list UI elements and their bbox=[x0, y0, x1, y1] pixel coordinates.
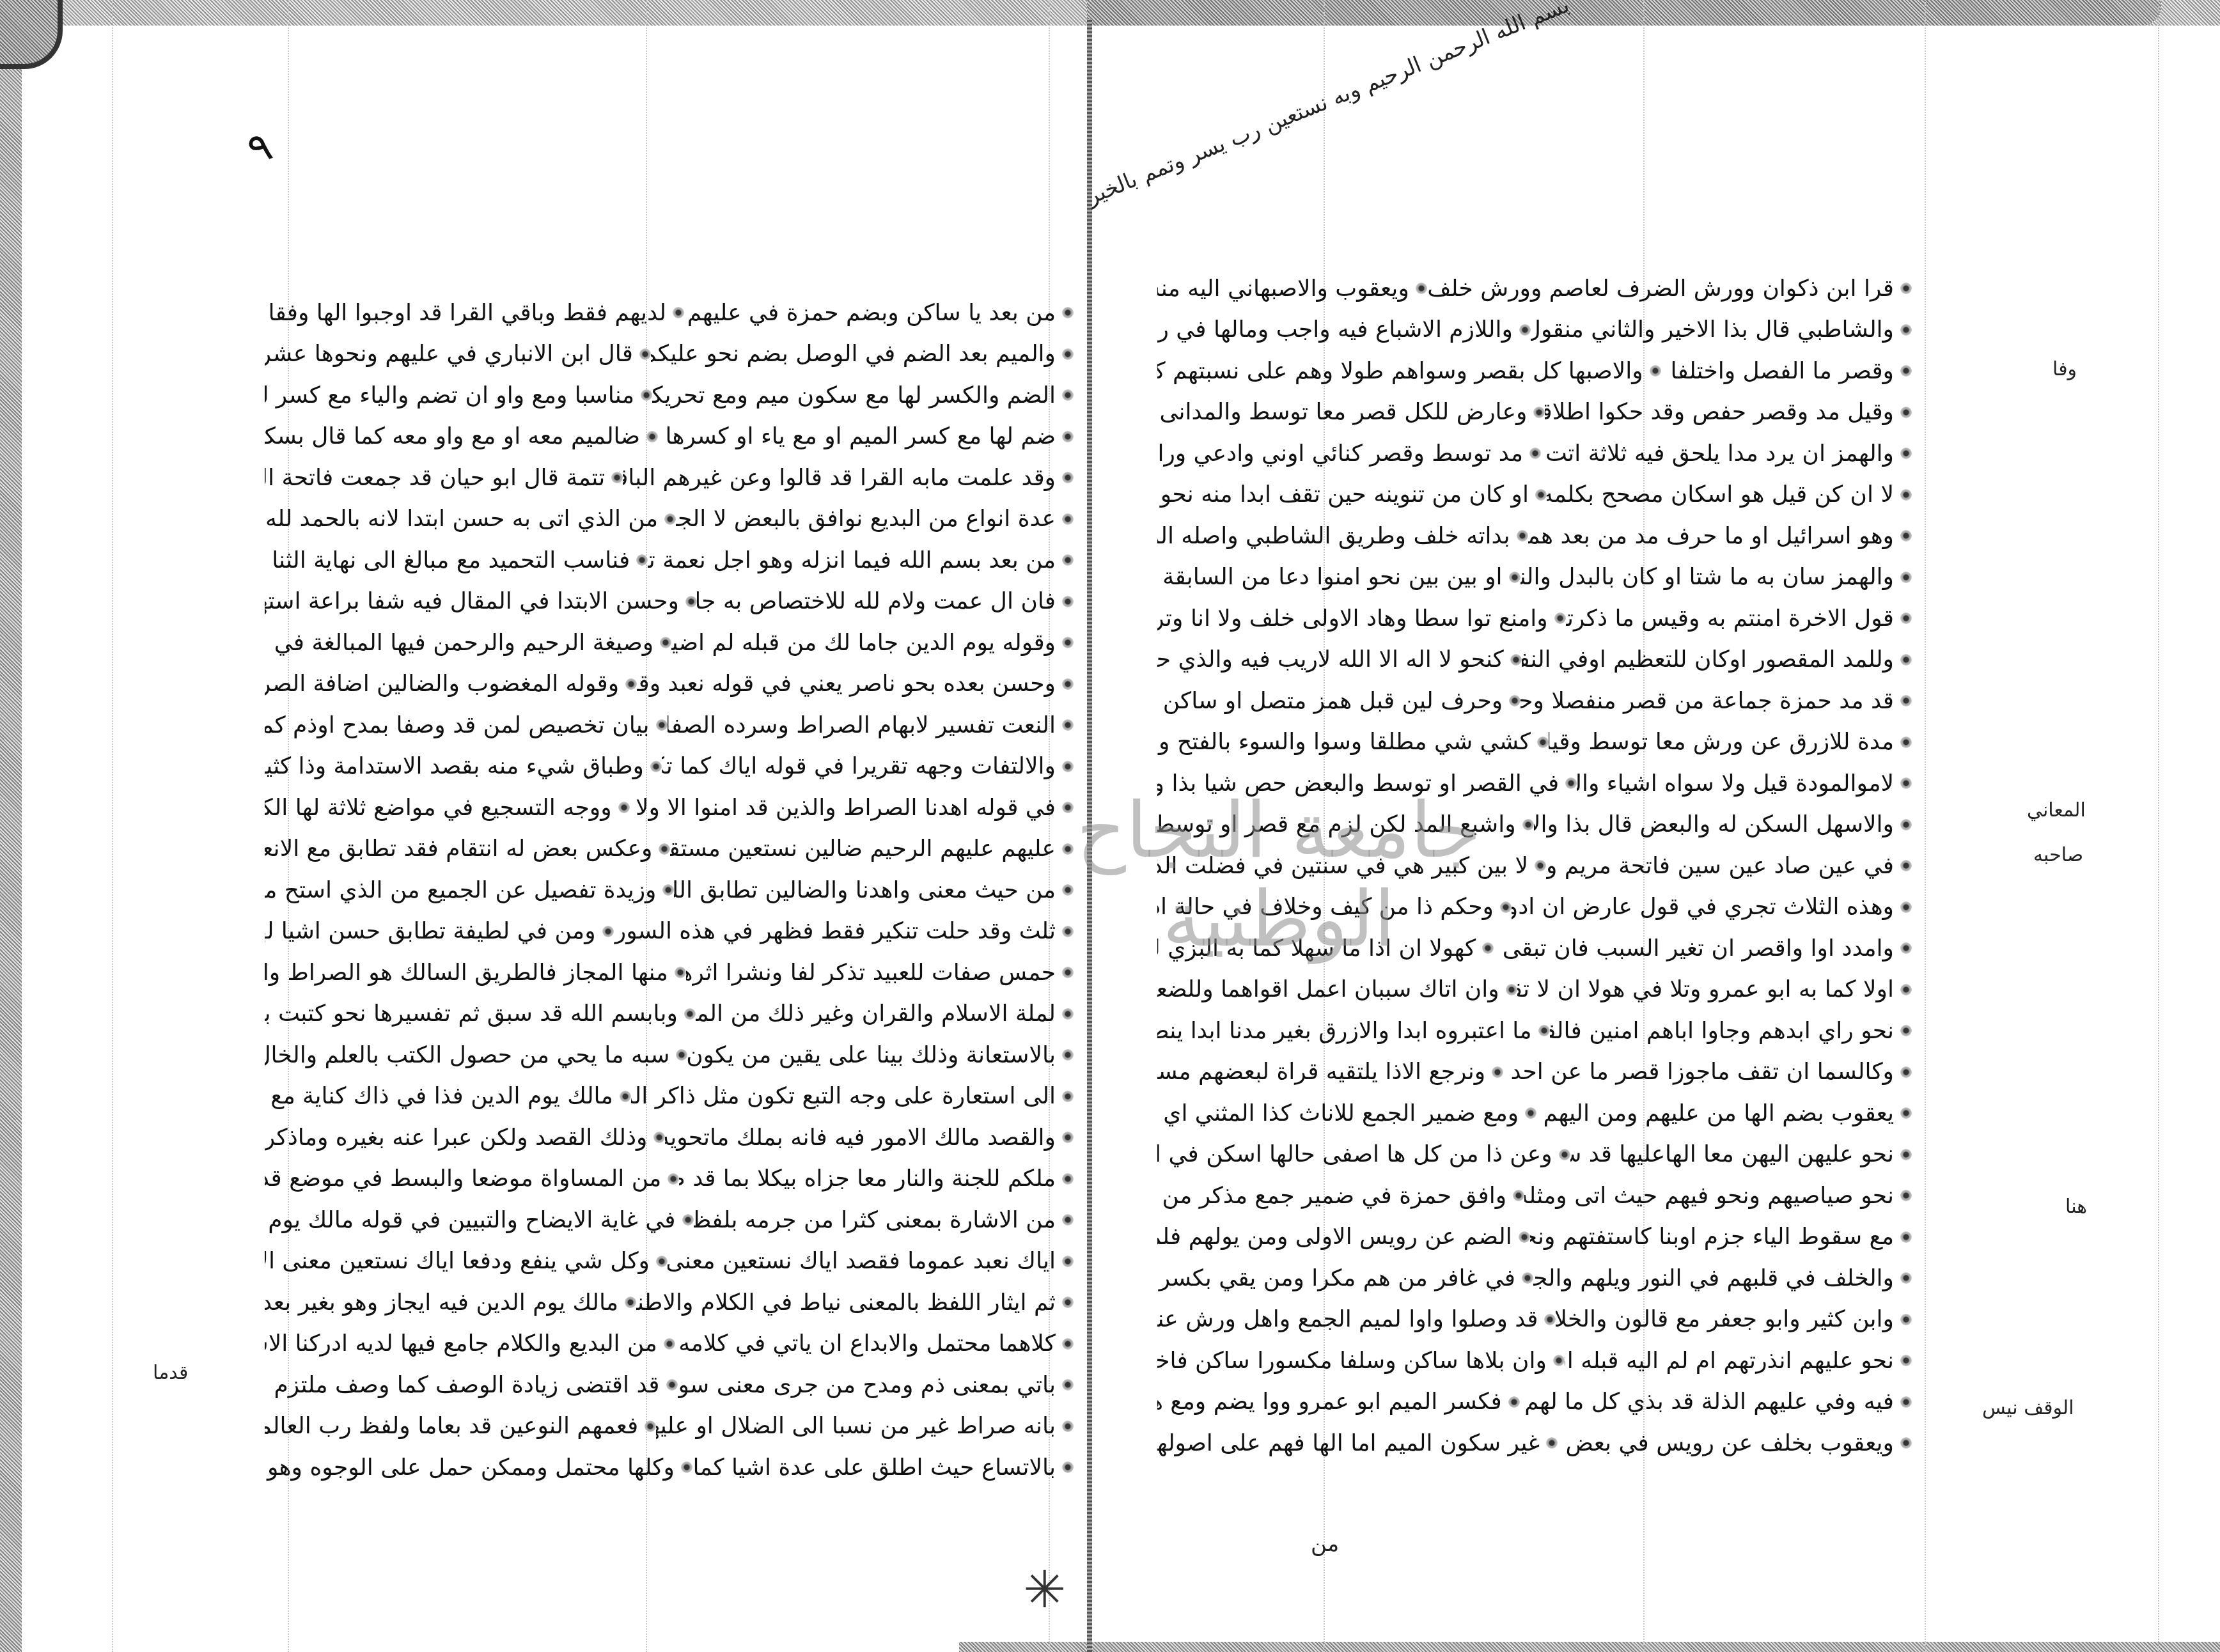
verse-first-hemistich: يعقوب بضم الها من عليهم ومن اليهم وكذا ل… bbox=[1536, 1100, 1912, 1126]
verse-first-hemistich: وقد علمت مابه القرا قد قالوا وعن غيرهم ا… bbox=[623, 465, 1074, 491]
verse-separator-icon bbox=[1416, 283, 1427, 294]
verse-separator-icon bbox=[676, 1049, 687, 1061]
verse-separator-icon bbox=[1519, 324, 1531, 336]
verse-line: والقصد مالك الامور فيه فانه بملك ماتحويه… bbox=[265, 1118, 1074, 1157]
verse-line: مع سقوط الياء جزم اوبنا كاستفتهم ونحوهم … bbox=[1157, 1217, 1912, 1257]
verse-line: يعقوب بضم الها من عليهم ومن اليهم وكذا ل… bbox=[1157, 1093, 1912, 1133]
verse-first-hemistich: والهمز ان يرد مدا يلحق فيه ثلاثة اتت للا… bbox=[1541, 440, 1912, 467]
verse-first-hemistich: الضم والكسر لها مع سكون ميم ومع تحريكها … bbox=[652, 382, 1074, 409]
verse-first-hemistich: ثلث وقد حلت تنكير فقط فظهر في هذه السورة… bbox=[614, 918, 1074, 944]
verse-second-hemistich: وعارض للكل قصر معا توسط والمدانى وقفا bbox=[1157, 399, 1545, 425]
verse-separator-icon bbox=[656, 1256, 668, 1267]
verse-separator-icon bbox=[1062, 1214, 1074, 1226]
verse-separator-icon bbox=[618, 802, 630, 813]
verse-separator-icon bbox=[681, 1461, 692, 1473]
verse-second-hemistich: ونرجع الاذا يلتقيه قراة لبعضهم مسرديه bbox=[1157, 1059, 1503, 1085]
verse-line: من الاشارة بمعنى كثرا من جرمه بلفظ نزراف… bbox=[265, 1200, 1074, 1240]
verse-second-hemistich: لديهم فقط وباقي القرا قد اوجبوا الها وفق… bbox=[265, 300, 684, 326]
verse-line: عدة انواع من البديع نوافق بالبعض لا الجم… bbox=[265, 499, 1074, 539]
verse-separator-icon bbox=[1062, 761, 1074, 772]
verse-second-hemistich: وكل شي ينفع ودفعا اياك نستعين معنى الاكت… bbox=[265, 1248, 668, 1274]
verse-separator-icon bbox=[1900, 1107, 1912, 1119]
verse-first-hemistich: باتي بمعنى ذم ومدح من جرى معنى سواه يتبع… bbox=[678, 1372, 1074, 1398]
verse-separator-icon bbox=[1492, 1066, 1503, 1078]
verse-line: في قوله اهدنا الصراط والذين قد امنوا الا… bbox=[265, 788, 1074, 827]
verse-separator-icon bbox=[1062, 1256, 1074, 1267]
verse-separator-icon bbox=[1509, 695, 1520, 706]
verse-separator-icon bbox=[1062, 926, 1074, 937]
verse-separator-icon bbox=[1900, 1314, 1912, 1325]
verse-separator-icon bbox=[1513, 1190, 1524, 1201]
verse-second-hemistich: وذلك القصد ولكن عبرا عنه بغيره وماذكرا bbox=[265, 1125, 665, 1151]
verse-line: نحو عليهن اليهن معا الهاعليها قد سمعاوعن… bbox=[1157, 1135, 1912, 1174]
verse-line: من بعد يا ساكن وبضم حمزة في عليهم اليهمل… bbox=[265, 293, 1074, 332]
verse-second-hemistich: وبابسم الله قد سبق ثم تفسيرها نحو كتبت ب… bbox=[265, 1001, 696, 1027]
verse-separator-icon bbox=[1062, 884, 1074, 896]
verse-first-hemistich: ثم ايثار اللفظ بالمعنى نياط في الكلام وا… bbox=[636, 1290, 1074, 1316]
verse-separator-icon bbox=[1900, 530, 1912, 542]
verse-separator-icon bbox=[684, 1008, 696, 1020]
verse-line: بالاستعانة وذلك بينا على يقين من يكون مو… bbox=[265, 1035, 1074, 1075]
verse-separator-icon bbox=[1900, 489, 1912, 501]
verse-line: في عين صاد عين سين فاتحة مريم والشورى وا… bbox=[1157, 846, 1912, 885]
verse-second-hemistich: فعمهم النوعين قد بعاما ولفظ رب العالمين … bbox=[265, 1413, 656, 1439]
verse-line: والاسهل السكن له والبعض قال بذا والاختلا… bbox=[1157, 805, 1912, 845]
verse-line: لاموالمودة قيل ولا سواه اشياء والحالوة ن… bbox=[1157, 763, 1912, 803]
verse-second-hemistich: بيان تخصيص لمن قد وصفا بمدح اوذم كما قد … bbox=[265, 712, 668, 738]
verse-first-hemistich: وقصر ما الفصل واختلفا عن bbox=[1661, 358, 1912, 384]
verse-separator-icon bbox=[1900, 860, 1912, 871]
page-right-edge bbox=[2158, 0, 2161, 1652]
verse-second-hemistich: ووجه التسجيع في مواضع ثلاثة لها الكلام ج… bbox=[265, 795, 630, 821]
verse-first-hemistich: والخلف في قلبهم في النور ويلهم والجو وال… bbox=[1533, 1265, 1912, 1291]
verse-separator-icon bbox=[1900, 365, 1912, 377]
verse-second-hemistich: وان اتاك سببان اعمل اقواهما وللضعيف اهمل bbox=[1157, 976, 1517, 1002]
verse-line: ضم لها مع كسر الميم او مع ياء او كسرها ق… bbox=[265, 417, 1074, 456]
verse-separator-icon bbox=[1565, 777, 1577, 789]
verse-second-hemistich: وحرف لين قبل همز متصل او ساكن وقيل فتح ن… bbox=[1157, 688, 1520, 714]
verse-line: ملكم للجنة والنار معا جزاه بيكلا بما قد … bbox=[265, 1159, 1074, 1199]
verse-first-hemistich: والقصد مالك الامور فيه فانه بملك ماتحويه bbox=[665, 1125, 1074, 1151]
verse-line: نحو راي ابدهم وجاوا اباهم امنين فالقراما… bbox=[1157, 1011, 1912, 1050]
verse-separator-icon bbox=[625, 1297, 636, 1308]
verse-line: حمس صفات للعبيد تذكر لفا ونشرا اثرها ما … bbox=[265, 953, 1074, 992]
verse-second-hemistich: وكلها محتمل وممكن حمل على الوجوه وهو الا… bbox=[265, 1454, 692, 1481]
verse-first-hemistich: نحو عليهن اليهن معا الهاعليها قد سمعا bbox=[1570, 1141, 1912, 1167]
verse-second-hemistich: ضالميم معه او مع واو معه كما قال بسكل را… bbox=[265, 423, 658, 449]
verse-second-hemistich: في غاية الايضاح والتبيين في قوله مالك يو… bbox=[265, 1207, 694, 1233]
verse-separator-icon bbox=[668, 1173, 679, 1185]
verse-second-hemistich: في غافر من هم مكرا ومن يقي بكسر ها قد قر… bbox=[1157, 1265, 1533, 1291]
verse-first-hemistich: والشاطبي قال بذا الاخير والثاني منقول عن… bbox=[1531, 316, 1912, 343]
verse-first-hemistich: في عين صاد عين سين فاتحة مريم والشورى وا… bbox=[1546, 853, 1912, 879]
verse-first-hemistich: مدة للازرق عن ورش معا توسط وقيل اشبعا bbox=[1549, 729, 1912, 755]
verse-separator-icon bbox=[1900, 819, 1912, 830]
verse-line: والخلف في قلبهم في النور ويلهم والجو وال… bbox=[1157, 1258, 1912, 1298]
verse-second-hemistich: واشبع المد لكن لزم مع قصر او توسط لكلهم bbox=[1157, 811, 1534, 838]
verse-separator-icon bbox=[1062, 719, 1074, 731]
verse-second-hemistich: غير سكون الميم اما الها فهم على اصولهم ف… bbox=[1157, 1430, 1558, 1456]
verse-separator-icon bbox=[664, 1338, 675, 1350]
verse-first-hemistich: من بعد بسم الله فيما انزله وهو اجل نعمة … bbox=[648, 547, 1074, 573]
verse-separator-icon bbox=[1519, 1231, 1530, 1243]
verse-separator-icon bbox=[1510, 654, 1522, 666]
verse-first-hemistich: عدة انواع من البديع نوافق بالبعض لا الجم… bbox=[676, 506, 1074, 532]
verse-second-hemistich: واللازم الاشباع فيه واجب ومالها في راجح … bbox=[1157, 316, 1531, 343]
verse-separator-icon bbox=[1500, 901, 1512, 913]
verse-first-hemistich: قول الاخرة امنتم به وقيس ما ذكرته شبه bbox=[1566, 605, 1912, 632]
catchword: من bbox=[1311, 1531, 1339, 1557]
verse-first-hemistich: والميم بعد الضم في الوصل بضم نحو عليكم ا… bbox=[651, 341, 1074, 367]
verse-first-hemistich: وقيل مد وقصر حفص وقد حكوا اطلاقا لوا bbox=[1545, 399, 1912, 425]
verse-first-hemistich: اياك نعبد عموما فقصد اياك نستعين معنى نف… bbox=[668, 1248, 1074, 1274]
verse-line: ويعقوب بخلف عن رويس في بعض الالفاظ وعنده… bbox=[1157, 1423, 1912, 1463]
verse-separator-icon bbox=[1062, 1049, 1074, 1061]
verse-first-hemistich: نحو عليهم انذرتهم ام لم اليه قبله انهم bbox=[1565, 1348, 1912, 1374]
verse-separator-icon bbox=[645, 1421, 656, 1432]
verse-separator-icon bbox=[639, 348, 651, 360]
verse-first-hemistich: من الاشارة بمعنى كثرا من جرمه بلفظ نزرا bbox=[694, 1207, 1074, 1233]
verse-separator-icon bbox=[1900, 283, 1912, 294]
verse-separator-icon bbox=[1535, 489, 1547, 501]
verse-separator-icon bbox=[1900, 1355, 1912, 1366]
verse-separator-icon bbox=[666, 1379, 678, 1391]
verse-separator-icon bbox=[1546, 1437, 1558, 1449]
verse-second-hemistich: وزيدة تفصيل عن الجميع من الذي استح من عل… bbox=[265, 877, 674, 903]
verse-line: وكالسما ان تقف ماجوزا قصر ما عن احد تقعر… bbox=[1157, 1052, 1912, 1092]
verse-separator-icon bbox=[653, 1132, 665, 1143]
verse-separator-icon bbox=[1538, 1025, 1550, 1036]
verse-separator-icon bbox=[1062, 472, 1074, 483]
verse-separator-icon bbox=[1900, 736, 1912, 748]
verse-separator-icon bbox=[1553, 1355, 1565, 1366]
verse-second-hemistich: بداته خلف وطريق الشاطبي واصله المد بنهذي… bbox=[1157, 523, 1528, 549]
verse-separator-icon bbox=[1900, 1396, 1912, 1408]
verse-line: اولا كما به ابو عمرو وتلا في هولا ان لا … bbox=[1157, 970, 1912, 1009]
verse-line: من حيث معنى واهدنا والضالين تطابق اللفظ … bbox=[265, 870, 1074, 910]
verse-separator-icon bbox=[1062, 637, 1074, 648]
verse-second-hemistich: وان بلاها ساكن وسلفا مكسورا ساكن فاختلفا bbox=[1157, 1348, 1565, 1374]
verse-line: فان ال عمت ولام لله للاختصاص به جامعاوحس… bbox=[265, 582, 1074, 621]
margin-note: الوقف نيس bbox=[1982, 1397, 2074, 1419]
verse-separator-icon bbox=[1559, 1149, 1570, 1160]
verse-separator-icon bbox=[1529, 448, 1541, 459]
margin-note: هنا bbox=[2065, 1196, 2087, 1218]
verse-separator-icon bbox=[664, 513, 676, 525]
verse-first-hemistich: بالاتساع حيث اطلق على عدة اشيا كما هنا خ… bbox=[692, 1454, 1074, 1481]
verse-first-hemistich: لا ان كن قيل هو اسكان مصحح بكلمه كالقران bbox=[1547, 481, 1912, 508]
left-page: ٩ من بعد يا ساكن وبضم حمزة في عليهم اليه… bbox=[22, 0, 1087, 1652]
verse-first-hemistich: من بعد يا ساكن وبضم حمزة في عليهم اليهم bbox=[684, 300, 1074, 326]
verse-first-hemistich: ضم لها مع كسر الميم او مع ياء او كسرها ق… bbox=[658, 423, 1074, 449]
verse-second-hemistich: وحسن الابتدا في المقال فيه شفا براعة است… bbox=[265, 588, 697, 614]
verse-separator-icon bbox=[1506, 984, 1517, 995]
verse-line: النعت تفسير لابهام الصراط وسرده الصفات ا… bbox=[265, 705, 1074, 745]
verse-separator-icon bbox=[1062, 1421, 1074, 1432]
verse-separator-icon bbox=[1062, 1173, 1074, 1185]
verse-line: وابن كثير وابو جعفر مع قالون والخلاف عنه… bbox=[1157, 1300, 1912, 1339]
verse-first-hemistich: مع سقوط الياء جزم اوبنا كاستفتهم ونحوهم … bbox=[1530, 1224, 1912, 1250]
verse-separator-icon bbox=[1900, 1190, 1912, 1201]
verse-first-hemistich: النعت تفسير لابهام الصراط وسرده الصفات ا… bbox=[668, 712, 1074, 738]
verse-second-hemistich: لا بين كبير هي في سنتين في فضلت الذين ها… bbox=[1157, 853, 1546, 879]
verse-separator-icon bbox=[1509, 572, 1520, 583]
verse-line: والالتفات وجهه تقريرا في قوله اياك كما ت… bbox=[265, 747, 1074, 786]
verse-first-hemistich: وقوله يوم الدين جاما لك من قبله لم اضيف … bbox=[671, 630, 1074, 656]
margin-note: صاحبه bbox=[2033, 844, 2083, 866]
verse-first-hemistich: بانه صراط غير من نسبا الى الضلال او عليه… bbox=[656, 1413, 1074, 1439]
verse-second-hemistich: او كان من تنوينه حين تقف ابدا منه نحو مل… bbox=[1157, 481, 1547, 508]
verse-separator-icon bbox=[1062, 802, 1074, 813]
verse-first-hemistich: وابن كثير وابو جعفر مع قالون والخلاف عنه… bbox=[1556, 1306, 1912, 1332]
verse-first-hemistich: وهو اسرائيل او ما حرف مد من بعد همز الوص… bbox=[1528, 523, 1912, 549]
verse-separator-icon bbox=[675, 967, 686, 978]
verse-separator-icon bbox=[1062, 1338, 1074, 1350]
verse-first-hemistich: اولا كما به ابو عمرو وتلا في هولا ان لا … bbox=[1517, 976, 1912, 1002]
verse-first-hemistich: الى استعارة على وجه التبع تكون مثل ذاكر … bbox=[631, 1083, 1074, 1109]
verse-separator-icon bbox=[1537, 736, 1549, 748]
verse-line: الى استعارة على وجه التبع تكون مثل ذاكر … bbox=[265, 1077, 1074, 1116]
verse-line: والميم بعد الضم في الوصل بضم نحو عليكم ا… bbox=[265, 334, 1074, 374]
binding-ornament-icon: ✳ bbox=[1023, 1560, 1066, 1619]
verse-first-hemistich: من حيث معنى واهدنا والضالين تطابق اللفظ … bbox=[674, 877, 1074, 903]
verse-separator-icon bbox=[602, 926, 614, 937]
verse-first-hemistich: عليهم عليهم الرحيم ضالين نستعين مستقيم bbox=[670, 836, 1074, 862]
verse-line: وهذه الثلاث تجري في قول عارض ان ادواقفت … bbox=[1157, 887, 1912, 927]
verse-line: وللمد المقصور اوكان للتعظيم اوفي النفيكن… bbox=[1157, 640, 1912, 680]
verse-second-hemistich: من الذي اتى به حسن ابتدا لانه بالحمد لله… bbox=[265, 506, 676, 532]
verse-separator-icon bbox=[660, 637, 671, 648]
verse-separator-icon bbox=[659, 843, 670, 855]
verse-separator-icon bbox=[1900, 407, 1912, 418]
verse-separator-icon bbox=[646, 431, 658, 442]
verse-second-hemistich: ومن في لطيفة تطابق حسن اشيا لها توافق bbox=[265, 918, 614, 944]
verse-separator-icon bbox=[1062, 431, 1074, 442]
verse-second-hemistich: فكسر الميم ابو عمرو ووا يضم ومع ها سلك bbox=[1157, 1389, 1520, 1415]
margin-note: وفا bbox=[2052, 358, 2077, 380]
verse-separator-icon bbox=[673, 307, 684, 318]
verse-separator-icon bbox=[1062, 307, 1074, 318]
verse-line: ثلث وقد حلت تنكير فقط فظهر في هذه السورة… bbox=[265, 912, 1074, 951]
right-page-text-block: قرا ابن ذكوان وورش الضرف لعاصم وورش خلف … bbox=[1157, 269, 1912, 1470]
verse-second-hemistich: وامنع توا سطا وهاد الاولى خلف ولا انا وت… bbox=[1157, 605, 1566, 632]
verse-separator-icon bbox=[656, 719, 668, 731]
verse-separator-icon bbox=[1900, 324, 1912, 336]
verse-second-hemistich: سبه ما يحي من حصول الكتب بالعلم والخال ن… bbox=[265, 1042, 687, 1068]
verse-separator-icon bbox=[1900, 942, 1912, 954]
verse-separator-icon bbox=[1508, 1396, 1520, 1408]
verse-line: فيه وفي عليهم الذلة قد بذي كل ما لهم فيه… bbox=[1157, 1382, 1912, 1422]
verse-separator-icon bbox=[1650, 365, 1661, 377]
verse-first-hemistich: نحو صياصيهم ونحو فيهم حيث اتى ومثله ترمي… bbox=[1524, 1183, 1912, 1209]
verse-separator-icon bbox=[1554, 612, 1566, 624]
verse-line: وقيل مد وقصر حفص وقد حكوا اطلاقا لواوعار… bbox=[1157, 393, 1912, 432]
verse-separator-icon bbox=[1062, 389, 1074, 401]
verse-separator-icon bbox=[1062, 596, 1074, 607]
verse-line: كلاهما محتمل والابداع ان ياتي في كلامه ب… bbox=[265, 1324, 1074, 1364]
verse-separator-icon bbox=[1900, 984, 1912, 995]
verse-separator-icon bbox=[1062, 678, 1074, 690]
verse-line: قول الاخرة امنتم به وقيس ما ذكرته شبهوام… bbox=[1157, 598, 1912, 638]
verse-separator-icon bbox=[1900, 448, 1912, 459]
verse-first-hemistich: وكالسما ان تقف ماجوزا قصر ما عن احد تقعر… bbox=[1503, 1059, 1912, 1085]
verse-separator-icon bbox=[1900, 1231, 1912, 1243]
verse-separator-icon bbox=[662, 884, 674, 896]
verse-first-hemistich: قرا ابن ذكوان وورش الضرف لعاصم وورش خلف … bbox=[1427, 276, 1912, 302]
verse-second-hemistich: وطباق شيء منه بقصد الاستدامة وذا كثير به bbox=[265, 753, 662, 779]
verse-first-hemistich: والهمز سان به ما شتا او كان بالبدل والنق… bbox=[1520, 564, 1912, 590]
verse-separator-icon bbox=[1900, 1025, 1912, 1036]
verse-second-hemistich: وقوله المغضوب والضالين اضافة الصراط للذي… bbox=[265, 671, 637, 697]
verse-separator-icon bbox=[1062, 554, 1074, 566]
verse-separator-icon bbox=[1517, 530, 1528, 542]
verse-line: والهمز سان به ما شتا او كان بالبدل والنق… bbox=[1157, 557, 1912, 597]
verse-separator-icon bbox=[1535, 860, 1546, 871]
verse-line: وقد علمت مابه القرا قد قالوا وعن غيرهم ا… bbox=[265, 458, 1074, 497]
folio-number: ٩ bbox=[241, 122, 278, 174]
verse-first-hemistich: لاموالمودة قيل ولا سواه اشياء والحالوة ن… bbox=[1577, 770, 1912, 797]
verse-separator-icon bbox=[1900, 1437, 1912, 1449]
verse-first-hemistich: ويعقوب بخلف عن رويس في بعض الالفاظ وعنده bbox=[1558, 1430, 1912, 1456]
verse-second-hemistich: ما اعتبروه ابدا والازرق بغير مدنا ابدا ي… bbox=[1157, 1018, 1550, 1044]
verse-second-hemistich: قال ابن الانباري في عليهم ونحوها عشر لغا… bbox=[265, 341, 651, 367]
verse-line: وقصر ما الفصل واختلفا عنوالاصبها كل بقصر… bbox=[1157, 351, 1912, 391]
verse-line: نحو عليهم انذرتهم ام لم اليه قبله انهموا… bbox=[1157, 1341, 1912, 1380]
verse-separator-icon bbox=[1900, 695, 1912, 706]
verse-line: اياك نعبد عموما فقصد اياك نستعين معنى نف… bbox=[265, 1242, 1074, 1281]
verse-first-hemistich: في قوله اهدنا الصراط والذين قد امنوا الا… bbox=[630, 795, 1074, 821]
verse-line: والهمز ان يرد مدا يلحق فيه ثلاثة اتت للا… bbox=[1157, 433, 1912, 473]
verse-separator-icon bbox=[1544, 1314, 1556, 1325]
verse-line: نحو صياصيهم ونحو فيهم حيث اتى ومثله ترمي… bbox=[1157, 1176, 1912, 1215]
verse-separator-icon bbox=[1900, 572, 1912, 583]
verse-separator-icon bbox=[1062, 1461, 1074, 1473]
verse-first-hemistich: وللمد المقصور اوكان للتعظيم اوفي النفي bbox=[1522, 646, 1912, 673]
verse-separator-icon bbox=[1062, 843, 1074, 855]
verse-second-hemistich: مد توسط وقصر كنائي اوني وادعي وراي وقفا bbox=[1157, 440, 1541, 467]
verse-separator-icon bbox=[1062, 1132, 1074, 1143]
verse-first-hemistich: لملة الاسلام والقران وغير ذلك من المعاني bbox=[696, 1001, 1074, 1027]
verse-second-hemistich: مالك يوم الدين فيه ايجاز وهو بغير بعد يم… bbox=[265, 1290, 636, 1316]
verse-second-hemistich: فناسب التحميد مع مبالغ الى نهاية الثنا ب… bbox=[265, 547, 648, 573]
verse-line: لا ان كن قيل هو اسكان مصحح بكلمه كالقران… bbox=[1157, 475, 1912, 515]
verse-line: قرا ابن ذكوان وورش الضرف لعاصم وورش خلف … bbox=[1157, 269, 1912, 308]
verse-second-hemistich: ومع ضمير الجمع للاناث كذا المثني اي بذى … bbox=[1157, 1100, 1536, 1126]
margin-note: قدما bbox=[153, 1362, 188, 1384]
verse-first-hemistich: والالتفات وجهه تقريرا في قوله اياك كما ت… bbox=[662, 753, 1074, 779]
left-page-text-block: من بعد يا ساكن وبضم حمزة في عليهم اليهمل… bbox=[265, 293, 1074, 1495]
verse-first-hemistich: ملكم للجنة والنار معا جزاه بيكلا بما قد … bbox=[679, 1165, 1074, 1192]
verse-separator-icon bbox=[636, 554, 648, 566]
verse-line: وهو اسرائيل او ما حرف مد من بعد همز الوص… bbox=[1157, 516, 1912, 556]
verse-second-hemistich: قد اقتضى زيادة الوصف كما وصف ملتزم الصرا… bbox=[265, 1372, 678, 1398]
verse-first-hemistich: وحسن بعده بحو ناصر يعني في قوله نعبد وقو… bbox=[637, 671, 1074, 697]
verse-separator-icon bbox=[650, 761, 662, 772]
verse-first-hemistich: فان ال عمت ولام لله للاختصاص به جامعا bbox=[697, 588, 1074, 614]
verse-line: والشاطبي قال بذا الاخير والثاني منقول عن… bbox=[1157, 310, 1912, 350]
verse-separator-icon bbox=[611, 472, 623, 483]
verse-separator-icon bbox=[1062, 967, 1074, 978]
verse-separator-icon bbox=[1900, 777, 1912, 789]
verse-line: ثم ايثار اللفظ بالمعنى نياط في الكلام وا… bbox=[265, 1282, 1074, 1322]
verse-second-hemistich: وحكم ذا من كيف وخلاف في حالة ادغامه قد ن… bbox=[1157, 894, 1512, 920]
verse-separator-icon bbox=[685, 596, 697, 607]
verse-separator-icon bbox=[682, 1214, 694, 1226]
verse-separator-icon bbox=[1900, 654, 1912, 666]
verse-first-hemistich: فيه وفي عليهم الذلة قد بذي كل ما لهم فيه… bbox=[1520, 1389, 1912, 1415]
verse-second-hemistich: وعن ذا من كل ها اصفى حالها اسكن في الاشر bbox=[1157, 1141, 1570, 1167]
margin-note: المعاني bbox=[2027, 799, 2086, 822]
verse-separator-icon bbox=[1522, 819, 1534, 830]
verse-first-hemistich: حمس صفات للعبيد تذكر لفا ونشرا اثرها ما … bbox=[686, 960, 1074, 986]
verse-first-hemistich: وامدد اوا واقصر ان تغير السبب فان تبقى ا… bbox=[1494, 935, 1912, 962]
verse-line: عليهم عليهم الرحيم ضالين نستعين مستقيموع… bbox=[265, 829, 1074, 869]
verse-first-hemistich: نحو راي ابدهم وجاوا اباهم امنين فالقرا bbox=[1550, 1018, 1912, 1044]
verse-separator-icon bbox=[1522, 1272, 1533, 1284]
verse-second-hemistich: في القصر او توسط والبعض حص شيا بذا وحمزة… bbox=[1157, 770, 1577, 797]
verse-second-hemistich: مناسبا ومع واو ان تضم والياء مع كسر لها … bbox=[265, 382, 652, 409]
verse-second-hemistich: او بين بين نحو امنوا دعا من السابقة وسمع… bbox=[1157, 564, 1520, 590]
verse-first-hemistich: والاسهل السكن له والبعض قال بذا والاختلا… bbox=[1534, 811, 1912, 838]
verse-separator-icon bbox=[1525, 1107, 1536, 1119]
verse-second-hemistich: كشي شي مطلقا وسوا والسوء بالفتح ونحو هيئ… bbox=[1157, 729, 1549, 755]
verse-second-hemistich: وافق حمزة في ضمير جمع مذكر من المذكور bbox=[1157, 1183, 1524, 1209]
verse-separator-icon bbox=[1900, 1272, 1912, 1284]
verse-separator-icon bbox=[1062, 1379, 1074, 1391]
verse-line: بالاتساع حيث اطلق على عدة اشيا كما هنا خ… bbox=[265, 1447, 1074, 1487]
verse-line: مدة للازرق عن ورش معا توسط وقيل اشبعاكشي… bbox=[1157, 722, 1912, 762]
verse-line: باتي بمعنى ذم ومدح من جرى معنى سواه يتبع… bbox=[265, 1365, 1074, 1405]
verse-separator-icon bbox=[1900, 1066, 1912, 1078]
verse-first-hemistich: كلاهما محتمل والابداع ان ياتي في كلامه ب… bbox=[675, 1330, 1074, 1357]
verse-separator-icon bbox=[620, 1091, 631, 1102]
book-gutter bbox=[1087, 19, 1092, 1652]
verse-separator-icon bbox=[641, 389, 652, 401]
verse-second-hemistich: كهولا ان اذا ما سهلا كما به البزي لها ول… bbox=[1157, 935, 1494, 962]
verse-second-hemistich: من البديع والكلام جامع فيها لديه ادركنا … bbox=[265, 1330, 675, 1357]
verse-separator-icon bbox=[1533, 407, 1545, 418]
verse-separator-icon bbox=[1062, 1008, 1074, 1020]
verse-second-hemistich: ويعقوب والاصبهاني اليه منسوب bbox=[1157, 276, 1427, 302]
verse-second-hemistich: والاصبها كل بقصر وسواهم طولا وهم على نسب… bbox=[1157, 358, 1661, 384]
verse-second-hemistich: منها المجاز فالطريق السالك هو الصراط واس… bbox=[265, 960, 686, 986]
verse-separator-icon bbox=[1062, 1091, 1074, 1102]
verse-second-hemistich: من المساواة موضعا والبسط في موضع قد ثبتا bbox=[265, 1165, 679, 1192]
verse-line: الضم والكسر لها مع سكون ميم ومع تحريكها … bbox=[265, 375, 1074, 415]
verse-line: بانه صراط غير من نسبا الى الضلال او عليه… bbox=[265, 1407, 1074, 1446]
scan-left-edge bbox=[0, 0, 22, 1652]
verse-separator-icon bbox=[1900, 901, 1912, 913]
verse-line: قد مد حمزة جماعة من قصر منفصلا وحمزة الث… bbox=[1157, 681, 1912, 721]
verse-second-hemistich: وعكس بعض له انتقام فقد تطابق مع الانعام bbox=[265, 836, 670, 862]
verse-separator-icon bbox=[1062, 1297, 1074, 1308]
verse-line: لملة الاسلام والقران وغير ذلك من المعاني… bbox=[265, 994, 1074, 1034]
verse-first-hemistich: بالاستعانة وذلك بينا على يقين من يكون مو… bbox=[687, 1042, 1074, 1068]
verse-line: وقوله يوم الدين جاما لك من قبله لم اضيف … bbox=[265, 623, 1074, 662]
verse-second-hemistich: وصيغة الرحيم والرحمن فيها المبالغة في ال… bbox=[265, 630, 671, 656]
verse-second-hemistich: قد وصلوا واوا لميم الجمع واهل ورش عند هم… bbox=[1157, 1306, 1556, 1332]
verse-second-hemistich: كنحو لا اله الا الله لاريب فيه والذي حكا bbox=[1157, 646, 1522, 673]
verse-separator-icon bbox=[1062, 513, 1074, 525]
verse-line: وامدد اوا واقصر ان تغير السبب فان تبقى ا… bbox=[1157, 928, 1912, 968]
verse-separator-icon bbox=[625, 678, 637, 690]
verse-line: وحسن بعده بحو ناصر يعني في قوله نعبد وقو… bbox=[265, 664, 1074, 704]
verse-separator-icon bbox=[1062, 348, 1074, 360]
verse-line: من بعد بسم الله فيما انزله وهو اجل نعمة … bbox=[265, 540, 1074, 580]
verse-second-hemistich: تتمة قال ابو حيان قد جمعت فاتحة القران bbox=[265, 465, 623, 491]
verse-second-hemistich: الضم عن رويس الاولى ومن يولهم فلم يحكوا … bbox=[1157, 1224, 1530, 1250]
verse-first-hemistich: وهذه الثلاث تجري في قول عارض ان ادواقفت … bbox=[1512, 894, 1912, 920]
